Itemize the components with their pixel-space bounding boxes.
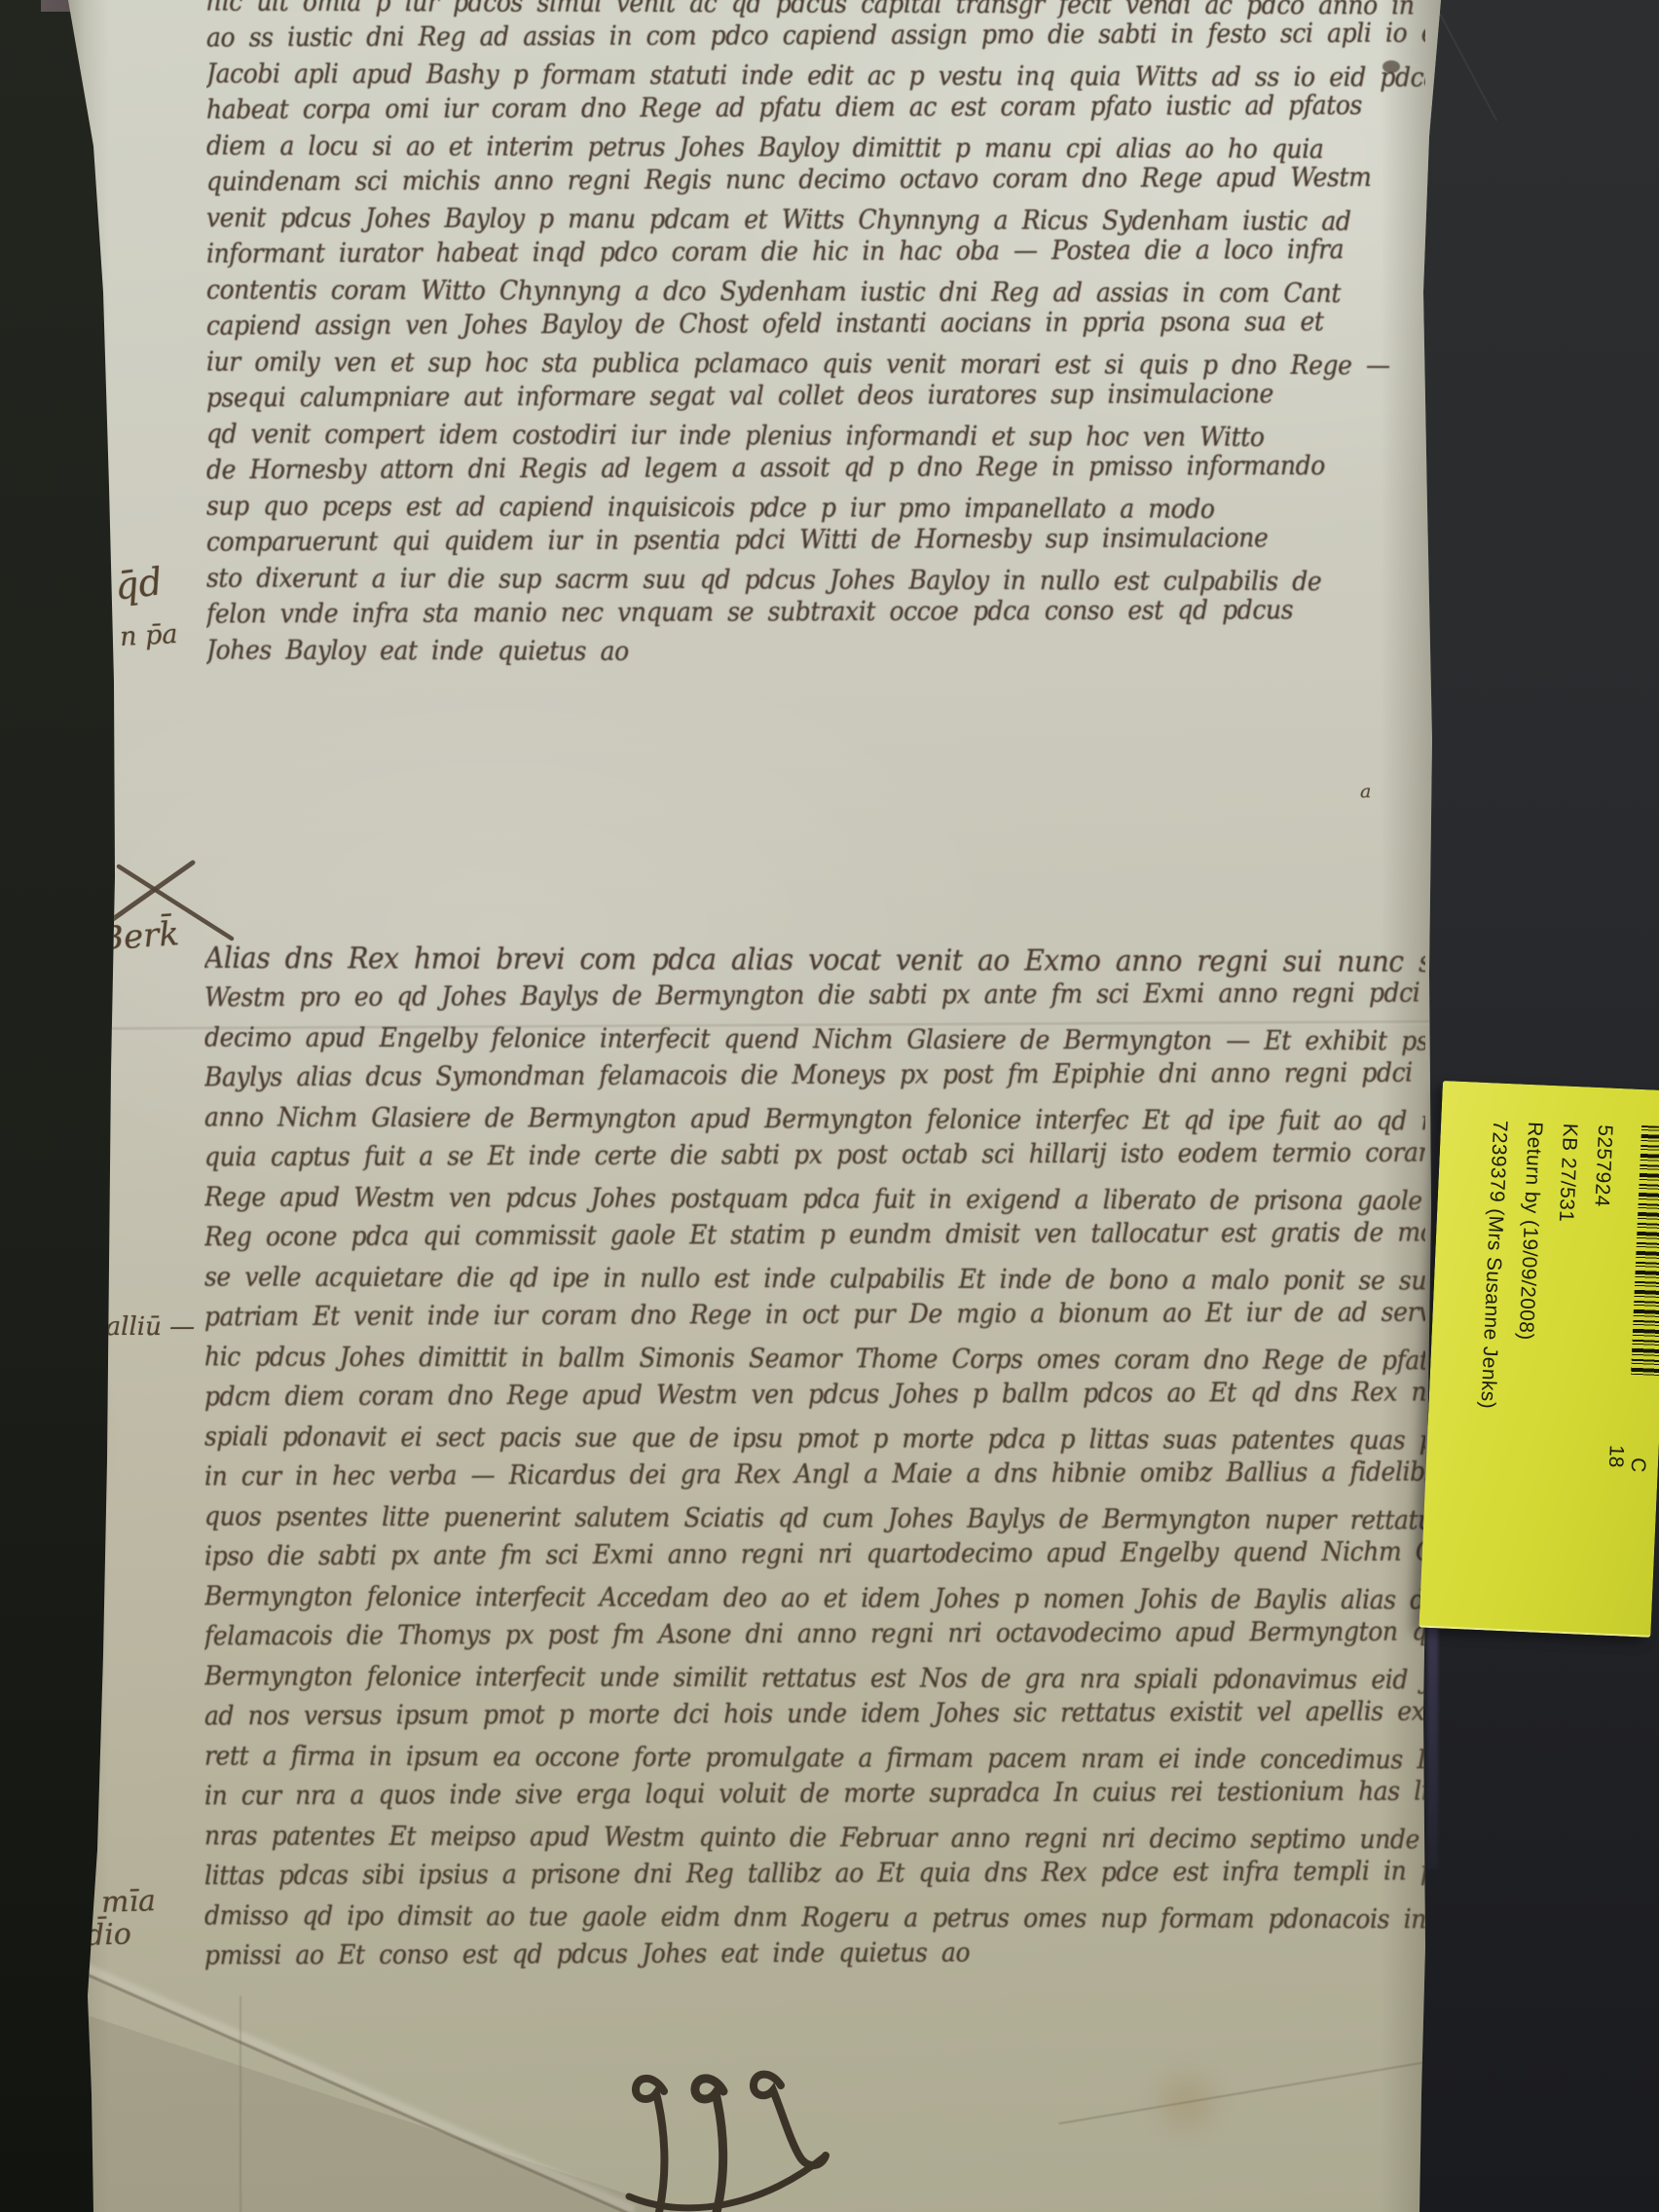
manuscript-line: quia captus fuit a se Et inde certe die …	[204, 1132, 1425, 1180]
manuscript-line: Westm pro eo qd Johes Baylys de Bermyngt…	[204, 973, 1425, 1020]
text-block-2: Alias dns Rex hmoi brevi com pdca alias …	[204, 939, 1425, 1980]
archive-label-content: C 18 5257924 KB 27/531 Return by (19/09/…	[1419, 1081, 1659, 1636]
manuscript-line: ipso die sabti px ante fm sci Exmi anno …	[204, 1531, 1425, 1579]
manuscript-line: habeat corpa omi iur coram dno Rege ad p…	[206, 87, 1425, 130]
text-block-1: hic ult omia p iur pdcos simul venit ac …	[206, 0, 1425, 678]
label-reader-name: 7239379 (Mrs Susanne Jenks)	[1475, 1120, 1511, 1410]
manuscript-line: capiend assign ven Johes Bayloy de Chost…	[206, 303, 1425, 347]
margin-note-quod-sub: , n p̄a	[102, 619, 178, 653]
manuscript-line: in cur in hec verba — Ricardus dei gra R…	[204, 1452, 1425, 1499]
bottom-right-crease	[1059, 2060, 1434, 2124]
barcode-icon	[1631, 1125, 1659, 1376]
manuscript-line: Reg ocone pdca qui commissit gaole Et st…	[204, 1212, 1425, 1260]
manuscript-line: psequi calumpniare aut informare segat v…	[206, 375, 1425, 419]
margin-note-quod: q̄d	[113, 560, 166, 608]
manuscript-line: patriam Et venit inde iur coram dno Rege…	[204, 1292, 1425, 1340]
photo-scene: hic ult omia p iur pdcos simul venit ac …	[0, 0, 1659, 2212]
label-document-reference: KB 27/531	[1554, 1123, 1581, 1223]
manuscript-line: de Hornesby attorn dni Regis ad legem a …	[206, 447, 1425, 491]
parchment-edge-sheen	[1427, 1597, 1438, 1869]
manuscript-line: comparuerunt qui quidem iur in psentia p…	[206, 519, 1425, 563]
bottom-stain	[1145, 2060, 1229, 2144]
label-order-number: 5257924	[1590, 1124, 1617, 1208]
stray-letter-a: a	[1360, 781, 1371, 802]
manuscript-line: littas pdcas sibi ipsius a prisone dni R…	[204, 1851, 1425, 1899]
archive-label: C 18 5257924 KB 27/531 Return by (19/09/…	[1419, 1081, 1659, 1638]
manuscript-line: quindenam sci michis anno regni Regis nu…	[206, 159, 1425, 203]
parchment-membrane: hic ult omia p iur pdcos simul venit ac …	[0, 0, 1659, 2212]
manuscript-line: pmissi ao Et conso est qd pdcus Johes ea…	[204, 1931, 1425, 1978]
manuscript-line: felamacois die Thomys px post fm Asone d…	[204, 1611, 1425, 1659]
margin-note-mercy: mīa	[100, 1884, 156, 1920]
seat-letter: C	[1627, 1457, 1649, 1473]
manuscript-line: Johes Bayloy eat inde quietus ao	[206, 632, 1425, 675]
manuscript-line: in cur nra a quos inde sive erga loqui v…	[204, 1771, 1425, 1819]
label-return-by-date: Return by (19/09/2008)	[1513, 1122, 1546, 1342]
manuscript-line: pdcm diem coram dno Rege apud Westm ven …	[204, 1372, 1425, 1419]
manuscript-line: ad nos versus ipsum pmot p morte dci hoi…	[204, 1691, 1425, 1739]
paraph-flourish-icon	[596, 2068, 829, 2212]
margin-cross-mark-icon	[95, 849, 241, 946]
manuscript-line: informant iurator habeat inqd pdco coram…	[206, 231, 1425, 275]
manuscript-line: Baylys alias dcus Symondman felamacois d…	[204, 1052, 1425, 1100]
seat-number: 18	[1604, 1445, 1627, 1468]
vertical-crease	[240, 1996, 241, 2212]
manuscript-line: felon vnde infra sta manio nec vnquam se…	[206, 591, 1425, 635]
manuscript-line: ao ss iustic dni Reg ad assias in com pd…	[206, 15, 1425, 58]
